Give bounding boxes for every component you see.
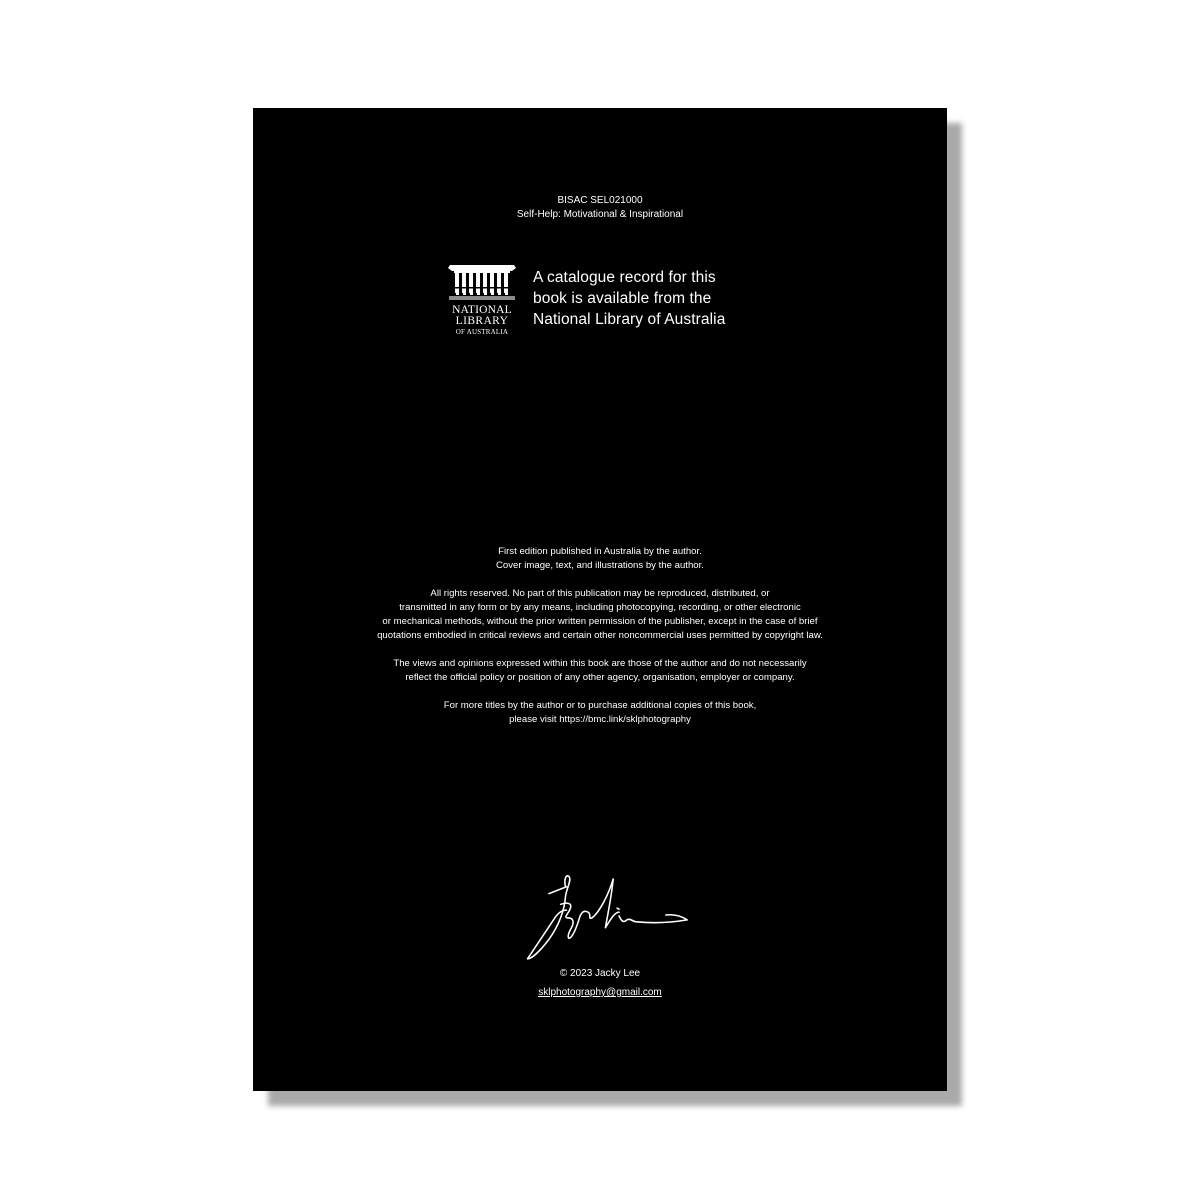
rights-line: transmitted in any form or by any means,… <box>253 601 947 615</box>
email-block: sklphotography@gmail.com <box>253 986 947 1000</box>
bisac-category: Self-Help: Motivational & Inspirational <box>253 208 947 222</box>
views-paragraph: The views and opinions expressed within … <box>253 657 947 685</box>
edition-line: First edition published in Australia by … <box>253 545 947 559</box>
more-titles-line: For more titles by the author or to purc… <box>253 699 947 713</box>
rights-line: quotations embodied in critical reviews … <box>253 629 947 643</box>
views-line: The views and opinions expressed within … <box>253 657 947 671</box>
rights-line: All rights reserved. No part of this pub… <box>253 587 947 601</box>
catalogue-line: A catalogue record for this <box>533 267 725 288</box>
more-titles-line: please visit https://bmc.link/sklphotogr… <box>253 713 947 727</box>
nla-logo-line2: LIBRARY <box>446 316 518 327</box>
bisac-block: BISAC SEL021000 Self-Help: Motivational … <box>253 194 947 222</box>
catalogue-record-text: A catalogue record for this book is avai… <box>533 267 725 330</box>
rights-line: or mechanical methods, without the prior… <box>253 615 947 629</box>
author-signature-icon <box>510 868 695 963</box>
legal-notice: First edition published in Australia by … <box>253 545 947 741</box>
book-copyright-page: BISAC SEL021000 Self-Help: Motivational … <box>253 108 947 1091</box>
nla-logo: NATIONAL LIBRARY OF AUSTRALIA <box>446 263 518 341</box>
catalogue-line: book is available from the <box>533 288 725 309</box>
bisac-code: BISAC SEL021000 <box>253 194 947 208</box>
nla-logo-line3: OF AUSTRALIA <box>446 328 518 336</box>
edition-paragraph: First edition published in Australia by … <box>253 545 947 573</box>
views-line: reflect the official policy or position … <box>253 671 947 685</box>
library-building-icon <box>446 263 518 303</box>
catalogue-line: National Library of Australia <box>533 309 725 330</box>
copyright-notice: © 2023 Jacky Lee <box>253 967 947 981</box>
rights-paragraph: All rights reserved. No part of this pub… <box>253 587 947 643</box>
edition-line: Cover image, text, and illustrations by … <box>253 559 947 573</box>
nla-catalogue-block: NATIONAL LIBRARY OF AUSTRALIA A catalogu… <box>446 263 725 341</box>
author-email-link[interactable]: sklphotography@gmail.com <box>538 987 662 998</box>
more-titles-paragraph: For more titles by the author or to purc… <box>253 699 947 727</box>
